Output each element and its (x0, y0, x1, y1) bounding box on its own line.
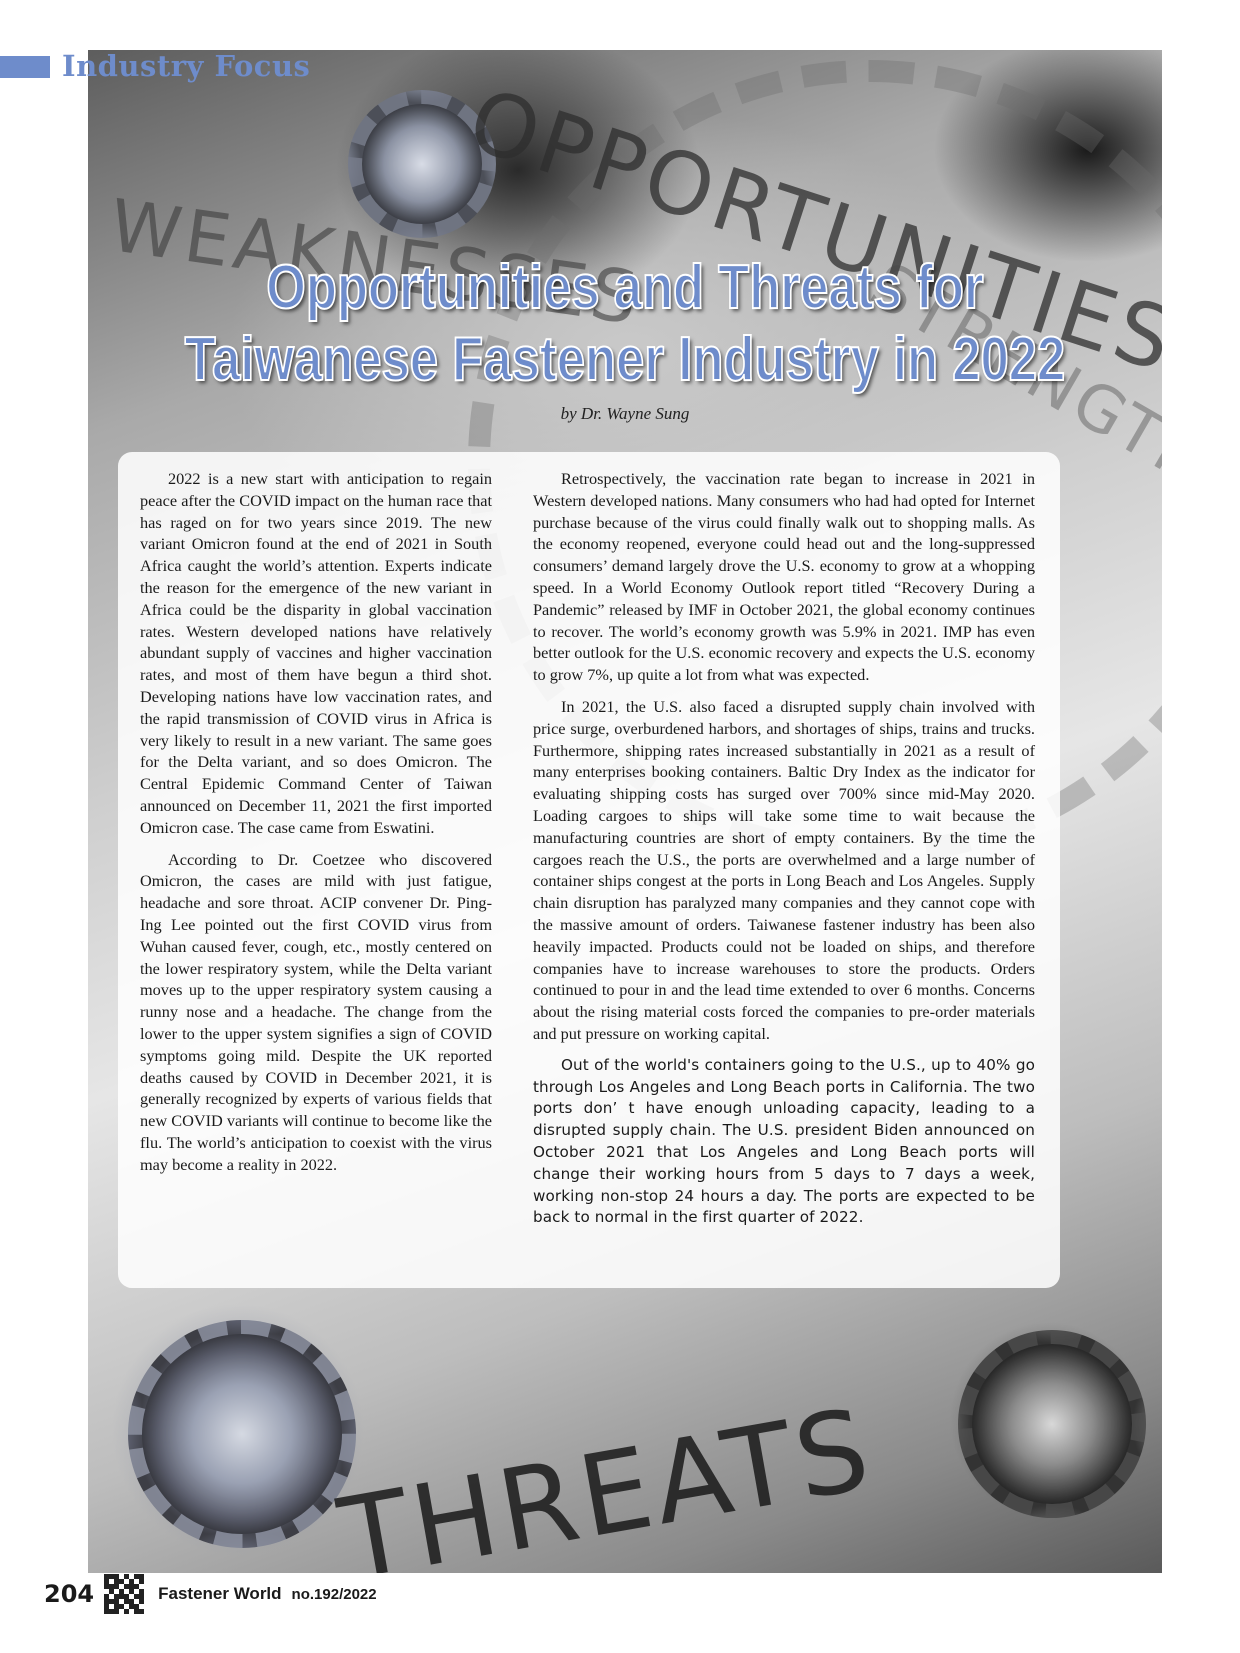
section-label: Industry Focus (62, 46, 310, 86)
paragraph: According to Dr. Coetzee who discovered … (140, 849, 492, 1176)
title-line-2: Taiwanese Fastener Industry in 2022 (185, 324, 1066, 396)
qr-code-icon[interactable] (104, 1574, 144, 1614)
paragraph-highlight: Out of the world's containers going to t… (533, 1055, 1035, 1229)
title-line-1: Opportunities and Threats for (185, 252, 1066, 324)
issue-number: no.192/2022 (292, 1586, 377, 1603)
blue-gear-bottom-left-icon (128, 1320, 356, 1548)
page-footer: 204 Fastener World no.192/2022 (44, 1574, 377, 1614)
embossed-word-threats: THREATS (331, 1384, 882, 1573)
publication-name: Fastener World (158, 1584, 281, 1604)
article-column-left: 2022 is a new start with anticipation to… (140, 468, 492, 1186)
gear-bottom-right-icon (958, 1330, 1146, 1518)
paragraph: In 2021, the U.S. also faced a disrupted… (533, 696, 1035, 1045)
page-number: 204 (44, 1580, 94, 1608)
paragraph: 2022 is a new start with anticipation to… (140, 468, 492, 839)
paragraph: Retrospectively, the vaccination rate be… (533, 468, 1035, 686)
section-color-bar (0, 56, 50, 78)
author-byline: by Dr. Wayne Sung (88, 404, 1162, 424)
article-column-right: Retrospectively, the vaccination rate be… (533, 468, 1035, 1239)
article-title: Opportunities and Threats for Taiwanese … (185, 252, 1066, 396)
